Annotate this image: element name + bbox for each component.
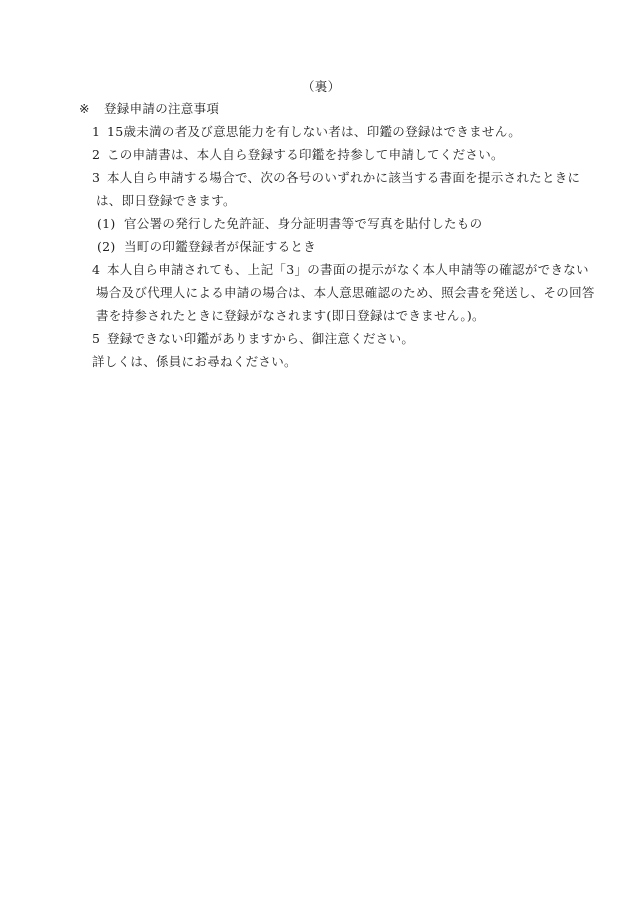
item-3-sub-1-text: 官公署の発行した免許証、身分証明書等で写真を貼付したもの xyxy=(124,216,482,232)
page-side-label: （裏） xyxy=(302,79,340,95)
item-4-text-line-2: 場合及び代理人による申請の場合は、本人意思確認のため、照会書を発送し、その回答 xyxy=(96,285,547,301)
item-3-text-line-2: は、即日登録できます。 xyxy=(96,193,236,209)
item-3-sub-1-number: (1) xyxy=(97,216,116,232)
item-2-number: 2 xyxy=(92,147,100,163)
item-4-text-line-3: 書を持参されたときに登録がなされます(即日登録はできません。)。 xyxy=(96,308,485,324)
item-3-number: 3 xyxy=(92,170,100,186)
item-2-text: この申請書は、本人自ら登録する印鑑を持参して申請してください。 xyxy=(107,147,504,163)
inquiry-note: 詳しくは、係員にお尋ねください。 xyxy=(92,354,297,370)
item-3-sub-2-text: 当町の印鑑登録者が保証するとき xyxy=(124,239,316,255)
item-5-text: 登録できない印鑑がありますから、御注意ください。 xyxy=(107,331,414,347)
item-4-text-line-1: 本人自ら申請されても、上記「3」の書面の提示がなく本人申請等の確認ができない xyxy=(107,262,547,278)
item-1-number: 1 xyxy=(92,124,100,140)
document-page: （裏） ※ 登録申請の注意事項 1 15歳未満の者及び意思能力を有しない者は、印… xyxy=(0,0,630,903)
item-3-sub-2-number: (2) xyxy=(97,239,116,255)
item-5-number: 5 xyxy=(92,331,100,347)
section-title: 登録申請の注意事項 xyxy=(104,101,219,117)
item-1-text: 15歳未満の者及び意思能力を有しない者は、印鑑の登録はできません。 xyxy=(107,124,521,140)
item-3-text-line-1: 本人自ら申請する場合で、次の各号のいずれかに該当する書面を提示されたときに xyxy=(107,170,547,186)
item-4-number: 4 xyxy=(92,262,100,278)
note-mark: ※ xyxy=(79,101,90,117)
